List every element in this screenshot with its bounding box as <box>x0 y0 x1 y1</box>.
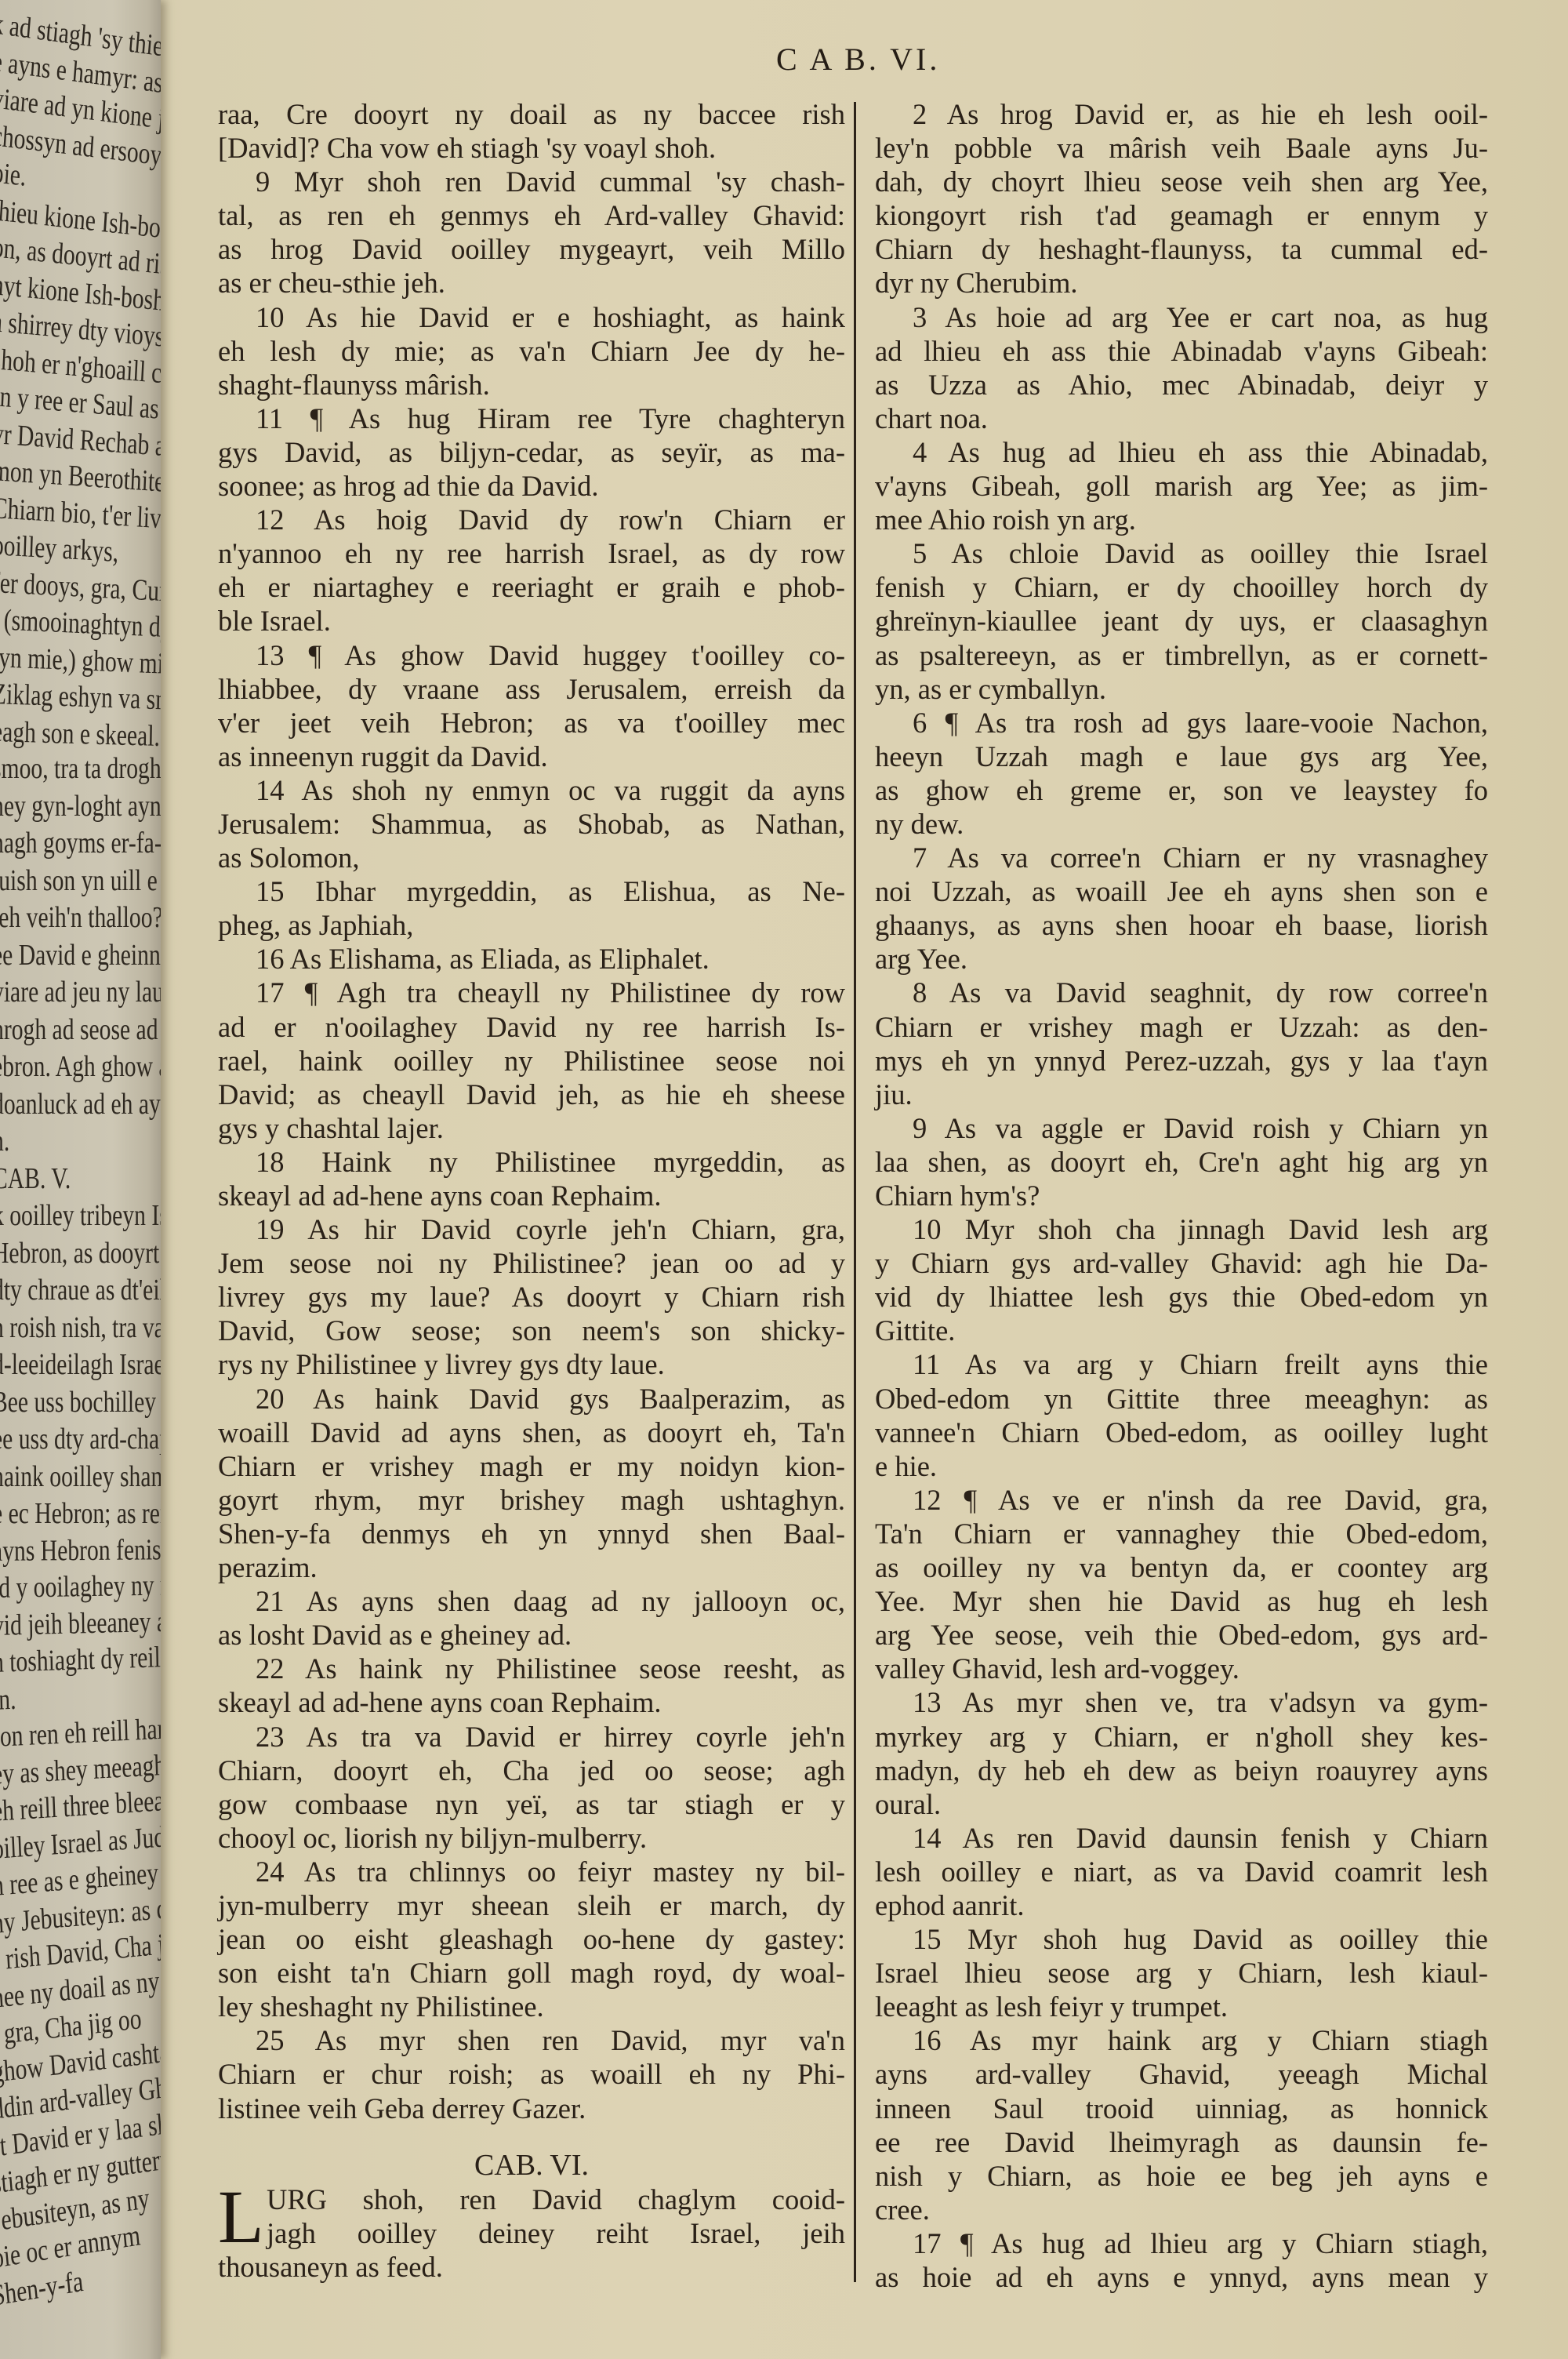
text-line: gys y chashtal lajer. <box>218 1111 845 1145</box>
text-line: 2 As hrog David er, as hie eh lesh ooil- <box>875 97 1488 131</box>
text-line: jyn-mulberry myr sheean sleih er march, … <box>218 1888 845 1922</box>
text-line: perazim. <box>218 1550 845 1584</box>
text-line: 12 As hoig David dy row'n Chiarn er <box>218 503 845 536</box>
text-line: yn, as er cymballyn. <box>875 672 1488 706</box>
facing-page-line: dty chraue as dt'eill. <box>0 1273 161 1307</box>
text-line: 14 As ren David daunsin fenish y Chiarn <box>875 1821 1488 1855</box>
text-line: 16 As myr haink arg y Chiarn stiagh <box>875 2023 1488 2057</box>
text-line: skeayl ad ad-hene ayns coan Rephaim. <box>218 1685 845 1719</box>
left-column: raa, Cre dooyrt ny doail as ny baccee ri… <box>218 97 845 2284</box>
text-line: as psaltereeyn, as er timbrellyn, as er … <box>875 638 1488 672</box>
text-line: 11 ¶ As hug Hiram ree Tyre chaghteryn <box>218 402 845 435</box>
text-line: as losht David as e gheiney ad. <box>218 1618 845 1652</box>
text-line: listinee veih Geba derrey Gazer. <box>218 2092 845 2125</box>
facing-page-line: yiare ad jeu ny laue <box>0 975 161 1009</box>
facing-page-line: CAB. V. <box>0 1161 71 1196</box>
text-line: 4 As hug ad lhieu eh ass thie Abinadab, <box>875 435 1488 469</box>
text-line: 22 As haink ny Philistinee seose reesht,… <box>218 1652 845 1685</box>
text-line: pheg, as Japhiah, <box>218 908 845 942</box>
text-line: goyrt rhym, myr brishey magh ushtaghyn. <box>218 1483 845 1517</box>
text-line: Israel lhieu seose arg y Chiarn, lesh ki… <box>875 1956 1488 1990</box>
text-line: 10 Myr shoh cha jinnagh David lesh arg <box>875 1212 1488 1246</box>
facing-page-line: eagh son e skeeal. <box>0 714 160 754</box>
text-line: 14 As shoh ny enmyn oc va ruggit da ayns <box>218 773 845 807</box>
text-line: as ooilley ny va bentyn da, er coontey a… <box>875 1550 1488 1584</box>
text-line: thousaneyn as feed. <box>218 2250 845 2284</box>
text-line: Gittite. <box>875 1314 1488 1347</box>
facing-page-line: fer dooys, gra, Cur <box>0 565 161 609</box>
text-line: vannee'n Chiarn Obed-edom, as ooilley lu… <box>875 1416 1488 1449</box>
text-line: 21 As ayns shen daag ad ny jallooyn oc, <box>218 1584 845 1618</box>
text-line: 15 Myr shoh hug David as ooilley thie <box>875 1922 1488 1956</box>
text-line: 6 ¶ As tra rosh ad gys laare-vooie Nacho… <box>875 706 1488 740</box>
text-line: jiu. <box>875 1078 1488 1111</box>
text-line: ee ree David lheimyragh as daunsin fe- <box>875 2125 1488 2159</box>
chapter-heading: CAB. VI. <box>218 2149 845 2183</box>
text-line: ghreïnyn-kiaullee jeant dy uys, er claas… <box>875 604 1488 638</box>
text-line: mys eh yn ynnyd Perez-uzzah, gys y laa t… <box>875 1044 1488 1078</box>
facing-page-line: n roish nish, tra va Saul <box>0 1310 161 1345</box>
chapter-opening: LURG shoh, ren David chaglym cooid-jagh … <box>218 2183 845 2284</box>
text-line: n'yannoo eh ny ree harrish Israel, as dy… <box>218 536 845 570</box>
text-line: Jerusalem: Shammua, as Shobab, as Nathan… <box>218 807 845 841</box>
text-line: 15 Ibhar myrgeddin, as Elishua, as Ne- <box>218 874 845 908</box>
text-line: chooyl oc, liorish ny biljyn-mulberry. <box>218 1821 845 1855</box>
text-line: as er cheu-sthie jeh. <box>218 266 845 300</box>
text-line: Chiarn hym's? <box>875 1179 1488 1212</box>
facing-page-line: ney gyn-loght ayns e <box>0 789 161 823</box>
text-line: arg Yee seose, veih thie Obed-edom, gys … <box>875 1618 1488 1652</box>
text-line: vid dy lhiattee lesh gys thie Obed-edom … <box>875 1280 1488 1314</box>
text-line: 13 ¶ As ghow David huggey t'ooilley co- <box>218 638 845 672</box>
text-line: URG shoh, ren David chaglym cooid- <box>218 2183 845 2216</box>
text-line: skeayl ad ad-hene ayns coan Rephaim. <box>218 1179 845 1212</box>
text-line: dah, dy choyrt lhieu seose veih shen arg… <box>875 165 1488 198</box>
facing-page-line: doanluck ad eh ayns <box>0 1087 161 1121</box>
text-line: heeyn Uzzah magh e laue gys arg Yee, <box>875 740 1488 773</box>
text-line: chart noa. <box>875 402 1488 435</box>
text-line: tal, as ren eh genmys eh Ard-valley Ghav… <box>218 198 845 232</box>
text-line: as Uzza as Ahio, mec Abinadab, deiyr y <box>875 368 1488 402</box>
text-line: v'ayns Gibeah, goll marish arg Yee; as j… <box>875 469 1488 503</box>
facing-page-line: ooilley arkys, <box>0 528 119 569</box>
facing-page-line: e ec Hebron; as ren <box>0 1496 161 1531</box>
text-line: dyr ny Cherubim. <box>875 266 1488 300</box>
right-column: 2 As hrog David er, as hie eh lesh ooil-… <box>875 97 1488 2294</box>
text-line: arg Yee. <box>875 942 1488 976</box>
chapter-spacer <box>218 2125 845 2149</box>
text-line: kiongoyrt rish t'ad geamagh er ennym y <box>875 198 1488 232</box>
text-line: rael, haink ooilley ny Philistinee seose… <box>218 1044 845 1078</box>
text-line: as ghow eh greme er, son ve leaystey fo <box>875 773 1488 807</box>
facing-page-line: tyn mie,) ghow mish <box>0 640 161 682</box>
facing-page-line: id y ooilaghey ny ree <box>0 1568 161 1605</box>
text-line: ny dew. <box>875 807 1488 841</box>
text-line: Jem seose noi ny Philistinee? jean oo ad… <box>218 1246 845 1280</box>
drop-cap: L <box>218 2186 264 2248</box>
facing-page-line: haink ooilley shanstyr <box>0 1459 161 1494</box>
text-line: oural. <box>875 1787 1488 1821</box>
text-line: lhiabbee, dy vraane ass Jerusalem, errei… <box>218 672 845 706</box>
text-line: ephod aanrit. <box>875 1888 1488 1922</box>
text-line: Chiarn er chur roish; as woaill eh ny Ph… <box>218 2057 845 2091</box>
text-line: cree. <box>875 2193 1488 2226</box>
text-line: 9 As va aggle er David roish y Chiarn yn <box>875 1111 1488 1145</box>
text-line: David; as cheayll David jeh, as hie eh s… <box>218 1078 845 1111</box>
text-line: e hie. <box>875 1449 1488 1483</box>
column-divider <box>854 102 856 2282</box>
text-line: 16 As Elishama, as Eliada, as Eliphalet. <box>218 942 845 976</box>
facing-page-fragment: k ad stiagh 'sy thie,e ayns e hamyr: asy… <box>0 0 161 2359</box>
facing-page-line: smoo, tra ta drogh <box>0 751 161 786</box>
facing-page-line: Bee uss bochilley er <box>0 1385 161 1419</box>
text-line: 7 As va corree'n Chiarn er ny vrasnaghey <box>875 841 1488 874</box>
text-line: soonee; as hrog ad thie da David. <box>218 469 845 503</box>
text-line: valley Ghavid, lesh ard-voggey. <box>875 1652 1488 1685</box>
text-line: jean oo eisht gleashagh oo-hene dy gaste… <box>218 1922 845 1956</box>
facing-page-line: k ooilley tribeyn Israel <box>0 1198 161 1233</box>
facing-page-line: ebron. Agh ghow ad <box>0 1049 161 1084</box>
text-line: gow combaase nyn yeï, as tar stiagh er y <box>218 1787 845 1821</box>
text-line: y Chiarn gys ard-valley Ghavid: agh hie … <box>875 1246 1488 1280</box>
facing-page-line: , (smooinaghtyn dy <box>0 602 161 645</box>
facing-page-line: nagh goyms er-fa-der <box>0 826 161 860</box>
text-line: laa shen, as dooyrt eh, Cre'n aght hig a… <box>875 1145 1488 1179</box>
text-line: 25 As myr shen ren David, myr va'n <box>218 2023 845 2057</box>
text-line: ayns ard-valley Ghavid, yeeagh Michal <box>875 2057 1488 2091</box>
facing-page-line: ayns Hebron fenish y <box>0 1532 161 1568</box>
text-line: ley'n pobble va mârish veih Baale ayns J… <box>875 131 1488 165</box>
text-line: shaght-flaunyss mârish. <box>218 368 845 402</box>
text-line: as hrog David ooilley mygeayrt, veih Mil… <box>218 232 845 266</box>
facing-page-line: jeh veih'n thalloo? <box>0 900 161 935</box>
facing-page-line: ron ren eh reill harrish <box>0 1710 161 1754</box>
text-line: [David]? Cha vow eh stiagh 'sy voayl sho… <box>218 131 845 165</box>
text-line: 20 As haink David gys Baalperazim, as <box>218 1382 845 1416</box>
text-line: Ta'n Chiarn er vannaghey thie Obed-edom, <box>875 1517 1488 1550</box>
text-line: 9 Myr shoh ren David cummal 'sy chash- <box>218 165 845 198</box>
text-line: 23 As tra va David er hirrey coyrle jeh'… <box>218 1720 845 1754</box>
text-line: myrkey arg y Chiarn, er n'gholl shey kes… <box>875 1720 1488 1754</box>
text-line: Yee. Myr shen hie David as hug eh lesh <box>875 1584 1488 1618</box>
text-line: leeaght as lesh feiyr y trumpet. <box>875 1990 1488 2023</box>
running-head: C A B. VI. <box>776 41 940 78</box>
text-line: Chiarn dy heshaght-flaunyss, ta cummal e… <box>875 232 1488 266</box>
text-line: ghaanys, as ayns shen hooar eh baase, li… <box>875 908 1488 942</box>
text-line: 13 As myr shen ve, tra v'adsyn va gym- <box>875 1685 1488 1719</box>
text-line: 12 ¶ As ve er n'insh da ree David, gra, <box>875 1483 1488 1517</box>
facing-page-line: d-leeideilagh Israel: <box>0 1347 161 1382</box>
text-line: eh lesh dy mie; as va'n Chiarn Jee dy he… <box>218 334 845 368</box>
text-line: Chiarn er vrishey magh er Uzzah: as den- <box>875 1010 1488 1044</box>
text-line: 24 As tra chlinnys oo feiyr mastey ny bi… <box>218 1855 845 1888</box>
text-line: as Solomon, <box>218 841 845 874</box>
text-line: ad er n'ooilaghey David ny ree harrish I… <box>218 1010 845 1044</box>
text-line: jagh ooilley deiney reiht Israel, jeih <box>218 2216 845 2250</box>
text-line: eh er niartaghey e reeriaght er graih e … <box>218 570 845 604</box>
facing-page-line: n. <box>0 1124 9 1158</box>
facing-page-line: ee uss dty ard-chaptan <box>0 1422 161 1456</box>
text-line: son eisht ta'n Chiarn goll magh royd, dy… <box>218 1956 845 1990</box>
text-line: 17 ¶ Agh tra cheayll ny Philistinee dy r… <box>218 976 845 1009</box>
text-line: rys ny Philistinee y livrey gys dty laue… <box>218 1347 845 1381</box>
text-line: lesh ooilley e niart, as va David coamri… <box>875 1855 1488 1888</box>
facing-page-line: h toshiaght dy reill, <box>0 1640 161 1680</box>
facing-page-line: ee David e gheinney <box>0 938 161 972</box>
text-line: inneen Saul trooid uinniag, as honnick <box>875 2092 1488 2125</box>
text-line: ad lhieu eh ass thie Abinadab v'ayns Gib… <box>875 334 1488 368</box>
facing-page-line: hrogh ad seose ad er <box>0 1012 161 1047</box>
text-line: 8 As va David seaghnit, dy row corree'n <box>875 976 1488 1009</box>
text-line: mee Ahio roish yn arg. <box>875 503 1488 536</box>
text-line: 19 As hir David coyrle jeh'n Chiarn, gra… <box>218 1212 845 1246</box>
facing-page-line: in. <box>0 1681 16 1717</box>
facing-page-line: oie. <box>0 155 27 194</box>
text-line: 11 As va arg y Chiarn freilt ayns thie <box>875 1347 1488 1381</box>
text-line: nish y Chiarn, as hoie ee beg jeh ayns e <box>875 2159 1488 2193</box>
text-line: Chiarn, dooyrt eh, Cha jed oo seose; agh <box>218 1754 845 1787</box>
text-line: gys David, as biljyn-cedar, as seyïr, as… <box>218 435 845 469</box>
text-line: ble Israel. <box>218 604 845 638</box>
text-line: Chiarn er vrishey magh er my noidyn kion… <box>218 1449 845 1483</box>
text-line: 5 As chloie David as ooilley thie Israel <box>875 536 1488 570</box>
text-line: madyn, dy heb eh dew as beiyn roauyrey a… <box>875 1754 1488 1787</box>
text-line: livrey gys my laue? As dooyrt y Chiarn r… <box>218 1280 845 1314</box>
text-line: v'er jeet veih Hebron; as va t'ooilley m… <box>218 706 845 740</box>
text-line: Shen-y-fa denmys eh yn ynnyd shen Baal- <box>218 1517 845 1550</box>
facing-page-line: Ziklag eshyn va smooinaght <box>0 677 161 720</box>
facing-page-line: Hebron, as dooyrt ad, <box>0 1236 161 1270</box>
text-line: noi Uzzah, as woaill Jee eh ayns shen so… <box>875 874 1488 908</box>
text-line: fenish y Chiarn, er dy chooilley horch d… <box>875 570 1488 604</box>
text-line: 3 As hoie ad arg Yee er cart noa, as hug <box>875 300 1488 334</box>
facing-page-line: iuish son yn uill e <box>0 863 158 898</box>
text-line: woaill David ad ayns shen, as dooyrt eh,… <box>218 1416 845 1449</box>
text-line: as hoie ad eh ayns e ynnyd, ayns mean y <box>875 2260 1488 2294</box>
text-line: ley sheshaght ny Philistinee. <box>218 1990 845 2023</box>
text-line: David, Gow seose; son neem's son shicky- <box>218 1314 845 1347</box>
text-line: 17 ¶ As hug ad lhieu arg y Chiarn stiagh… <box>875 2226 1488 2260</box>
text-line: 10 As hie David er e hoshiaght, as haink <box>218 300 845 334</box>
text-line: raa, Cre dooyrt ny doail as ny baccee ri… <box>218 97 845 131</box>
text-line: Obed-edom yn Gittite three meeaghyn: as <box>875 1382 1488 1416</box>
text-line: 18 Haink ny Philistinee myrgeddin, as <box>218 1145 845 1179</box>
text-line: as inneenyn ruggit da David. <box>218 740 845 773</box>
facing-page-line: vid jeih bleeaney as <box>0 1604 161 1643</box>
